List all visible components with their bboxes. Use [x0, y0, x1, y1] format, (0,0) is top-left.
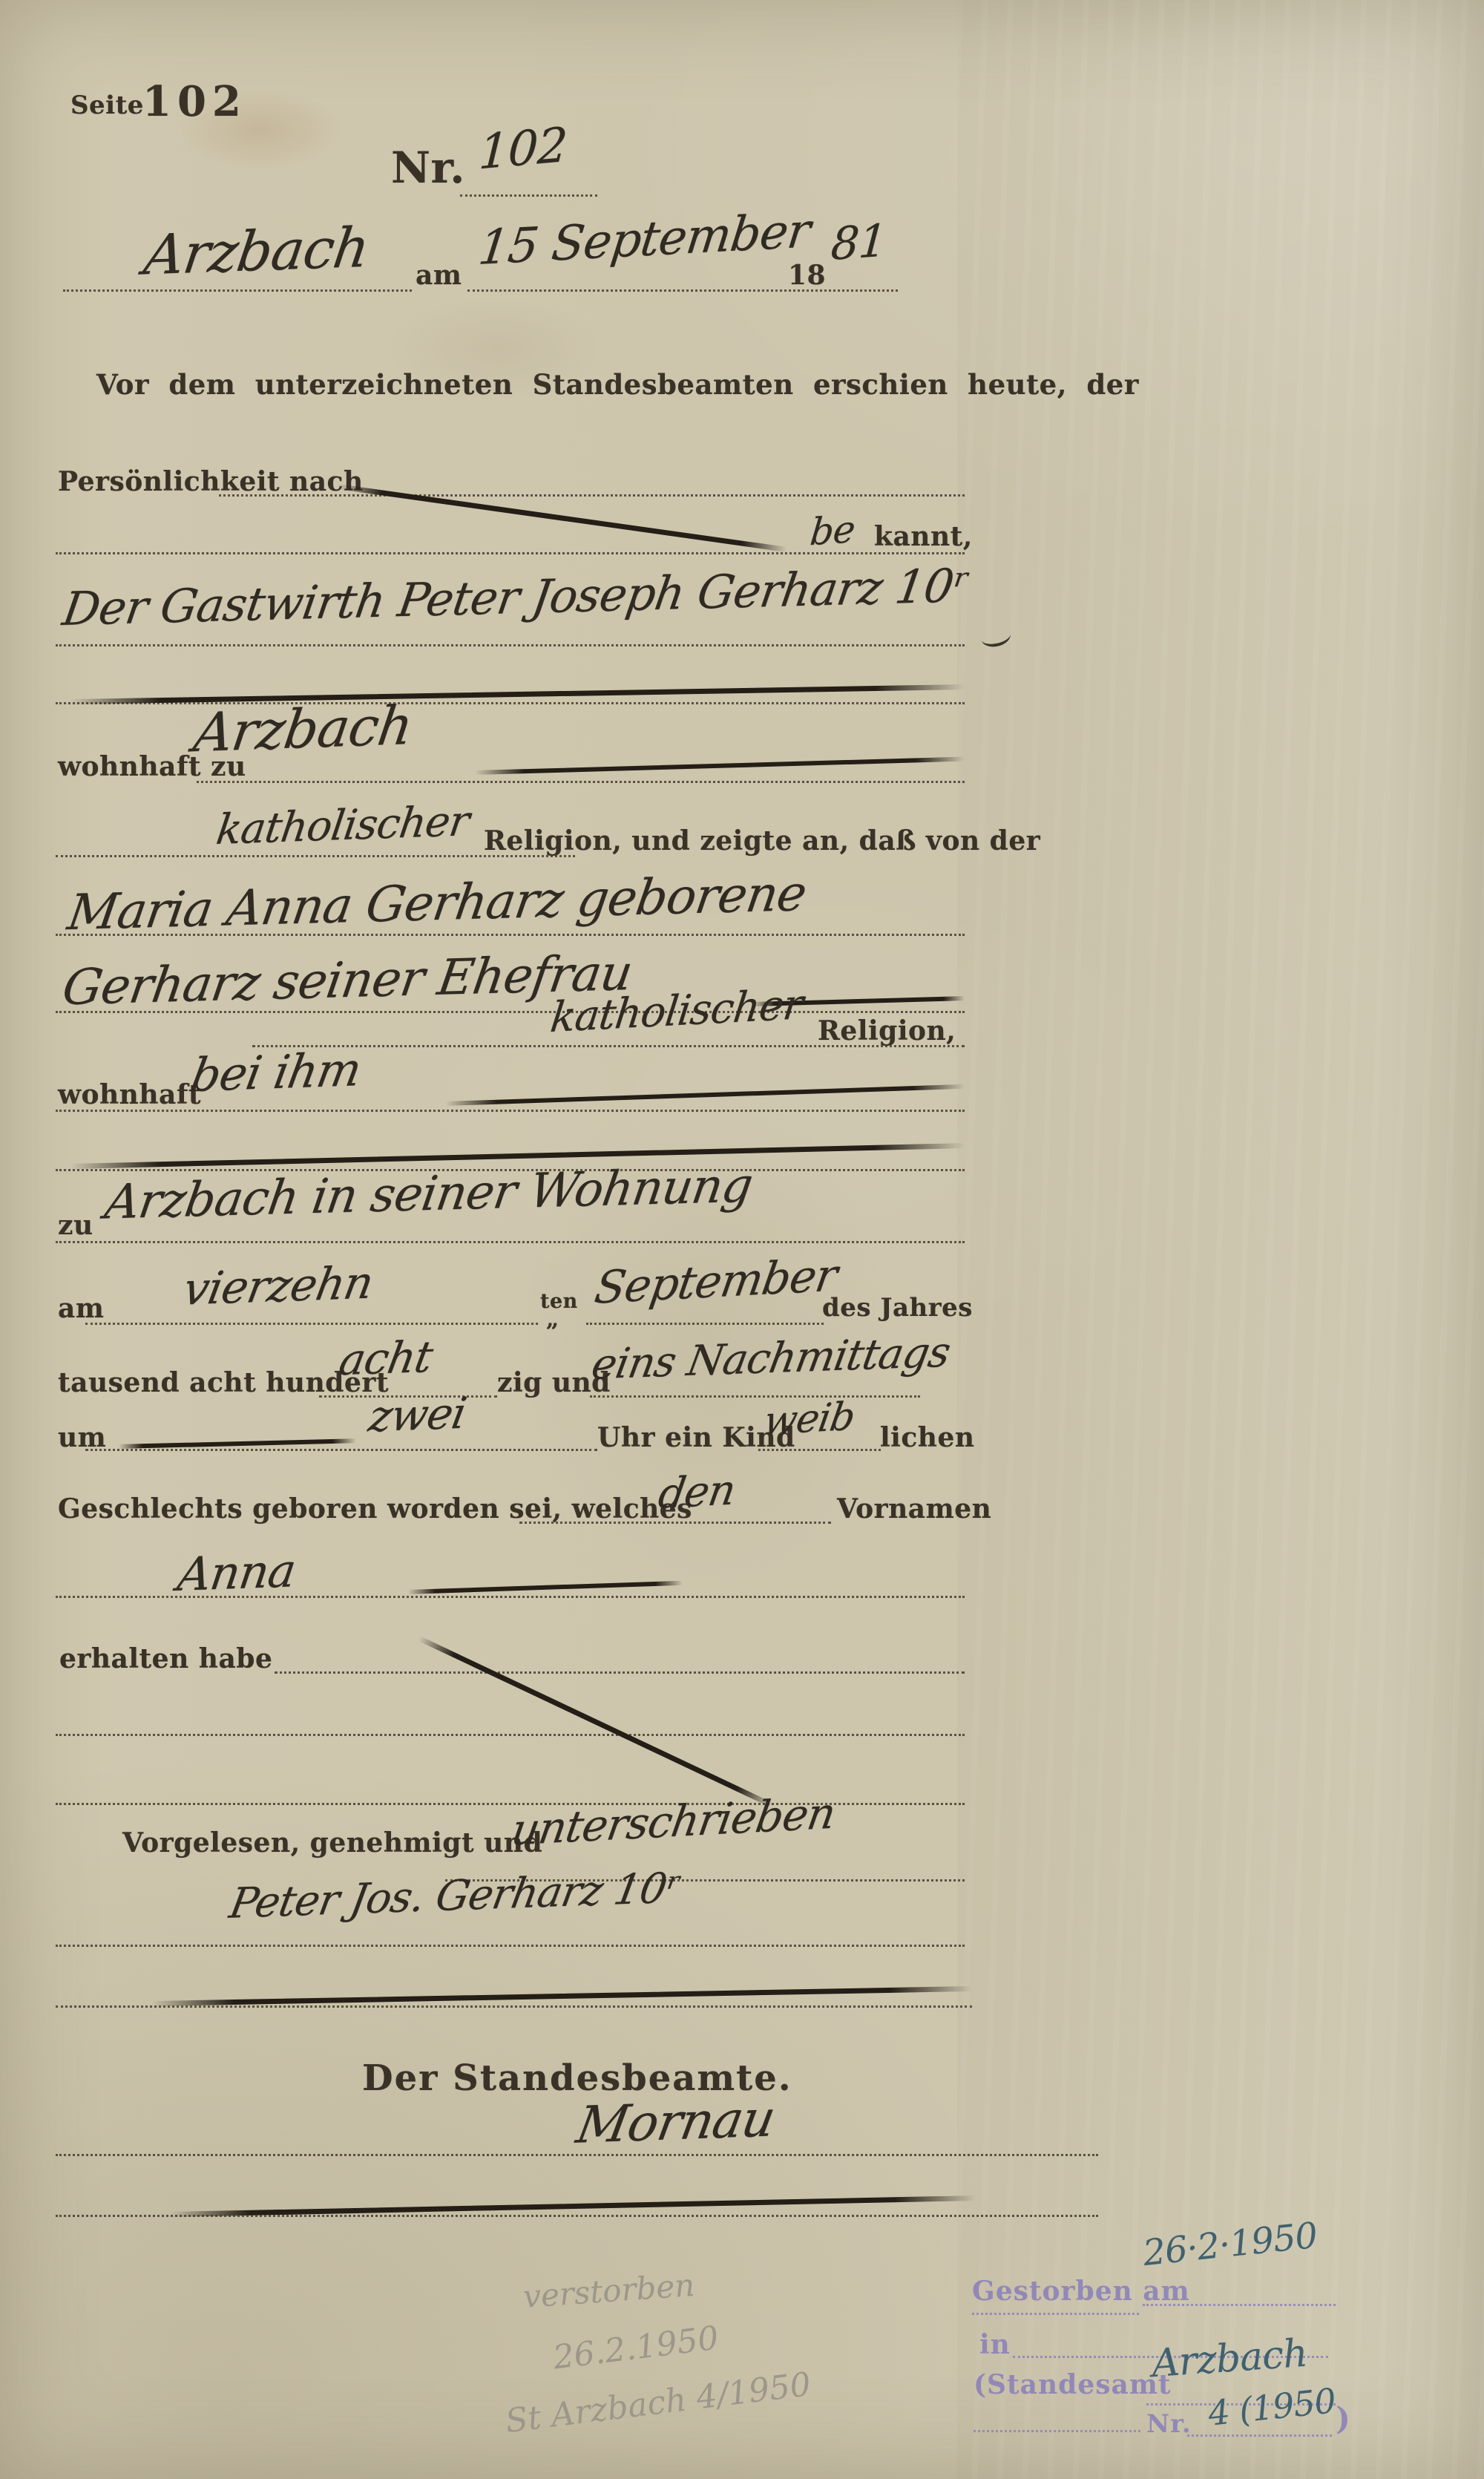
dotted-rule: [219, 494, 965, 497]
year-value: eins Nachmittags: [588, 1328, 953, 1389]
date-value: 15 September: [476, 203, 813, 276]
dotted-rule: [56, 855, 575, 857]
dotted-rule: [56, 1011, 965, 1013]
dotted-rule: [56, 2005, 972, 2008]
residence2-value: bei ihm: [187, 1042, 365, 1102]
religion2-suffix: Religion,: [818, 1015, 956, 1047]
dotted-rule: [56, 552, 965, 554]
dotted-rule: [56, 702, 965, 704]
pen-strike: [171, 2195, 976, 2217]
pen-strike: [445, 1084, 965, 1106]
stamp-death-date: 26·2·1950: [1141, 2215, 1319, 2274]
year-printed: 18: [788, 260, 826, 291]
pen-strike: [152, 1986, 972, 2006]
dotted-rule: [275, 1671, 965, 1674]
stamp-gestorben-label: Gestorben am: [972, 2276, 1190, 2307]
stamp-nr-value: 4 (1950: [1206, 2380, 1338, 2434]
place-value: Arzbach: [140, 216, 372, 288]
declarant-value: Der Gastwirth Peter Joseph Gerharz 10ʳ: [59, 558, 972, 636]
mother-line1: Maria Anna Gerharz geborene: [64, 865, 810, 941]
religion1-suffix: Religion, und zeigte an, daß von der: [484, 825, 1040, 857]
year-written: 81: [830, 215, 888, 271]
record-no-value: 102: [477, 117, 568, 180]
decade-value: acht: [335, 1332, 436, 1386]
dotted-rule: [63, 289, 412, 292]
record-no-label: Nr.: [391, 143, 465, 193]
stamp-dotted-rule: [972, 2313, 1139, 2315]
dotted-rule: [85, 1323, 538, 1325]
pen-strike: [408, 1581, 683, 1594]
religion1-value: katholischer: [214, 797, 472, 854]
received-label: erhalten habe: [59, 1643, 272, 1674]
dotted-rule: [56, 2215, 1098, 2217]
article-value: den: [655, 1466, 738, 1519]
stray-ink-mark: [979, 624, 1013, 649]
intro-line1: Vor dem unterzeichneten Standesbeamten e…: [96, 368, 1139, 401]
dotted-rule: [197, 781, 965, 783]
registrar-signature: Mornau: [572, 2089, 779, 2155]
registry-document-page: Seite 102 Nr. 102 Arzbach am 15 Septembe…: [0, 0, 1484, 2479]
page-number: 102: [142, 77, 247, 126]
dotted-rule: [586, 1323, 824, 1325]
pen-strike-diagonal: [418, 1636, 774, 1807]
mother-line2: Gerharz seiner Ehefrau: [59, 944, 635, 1016]
stamp-in-label: in: [979, 2329, 1011, 2360]
pencil-note-line3: St Arzbach 4/1950: [503, 2365, 812, 2440]
stamp-dotted-rule: [1187, 2434, 1332, 2437]
stamp-nr-label: Nr.: [1146, 2409, 1192, 2439]
dotted-rule: [56, 2154, 1098, 2156]
pencil-note-line2: 26.2.1950: [551, 2319, 720, 2377]
signed-value: unterschrieben: [508, 1787, 838, 1855]
dotted-rule: [590, 1395, 920, 1398]
page-label: Seite: [70, 91, 144, 120]
stamp-close-paren: ): [1336, 2400, 1351, 2437]
dotted-rule: [56, 1945, 965, 1947]
stamp-standesamt-value: Arzbach: [1150, 2331, 1308, 2386]
child-name-value: Anna: [174, 1543, 299, 1602]
birth-month-value: September: [591, 1249, 841, 1314]
birth-day-value: vierzehn: [180, 1257, 377, 1315]
dotted-rule: [56, 1596, 965, 1598]
gender-suffix: lichen: [880, 1422, 975, 1453]
dotted-rule: [460, 194, 597, 197]
vornamen-label: Vornamen: [837, 1493, 991, 1525]
birthplace-prefix: zu: [58, 1210, 93, 1241]
am-label: am: [416, 260, 462, 291]
intro-line2-label: Persönlichkeit nach: [58, 466, 364, 497]
declarant-signature: Peter Jos. Gerharz 10ʳ: [226, 1864, 683, 1928]
read-approved-label: Vorgelesen, genehmigt und: [122, 1827, 542, 1859]
known-handwritten: be: [808, 508, 857, 554]
dotted-rule: [467, 289, 898, 292]
stamp-dotted-rule: [1143, 2304, 1336, 2306]
ditto-mark: „: [546, 1306, 559, 1332]
dotted-rule: [56, 934, 965, 936]
dotted-rule: [85, 1449, 597, 1451]
dotted-rule: [56, 644, 965, 646]
dotted-rule: [519, 1522, 831, 1524]
pen-strike: [119, 1438, 356, 1449]
sex-line: Geschlechts geboren worden sei, welches: [58, 1493, 692, 1525]
dotted-rule: [56, 1241, 965, 1243]
pen-strike: [475, 757, 965, 775]
stamp-standesamt-label: (Standesamt: [974, 2369, 1172, 2400]
hour-value: zwei: [365, 1388, 470, 1442]
pencil-note-line1: verstorben: [522, 2267, 696, 2315]
of-year-label: des Jahres: [822, 1293, 973, 1323]
dotted-rule: [56, 1734, 965, 1736]
birth-am-label: am: [58, 1293, 104, 1324]
dotted-rule: [56, 1110, 965, 1112]
gender-value: weib: [761, 1395, 858, 1444]
dotted-rule: [758, 1449, 881, 1451]
known-printed: kannt,: [874, 521, 973, 552]
residence2-label: wohnhaft: [58, 1079, 201, 1110]
stamp-dotted-rule: [974, 2430, 1140, 2432]
residence-value: Arzbach: [190, 694, 416, 764]
